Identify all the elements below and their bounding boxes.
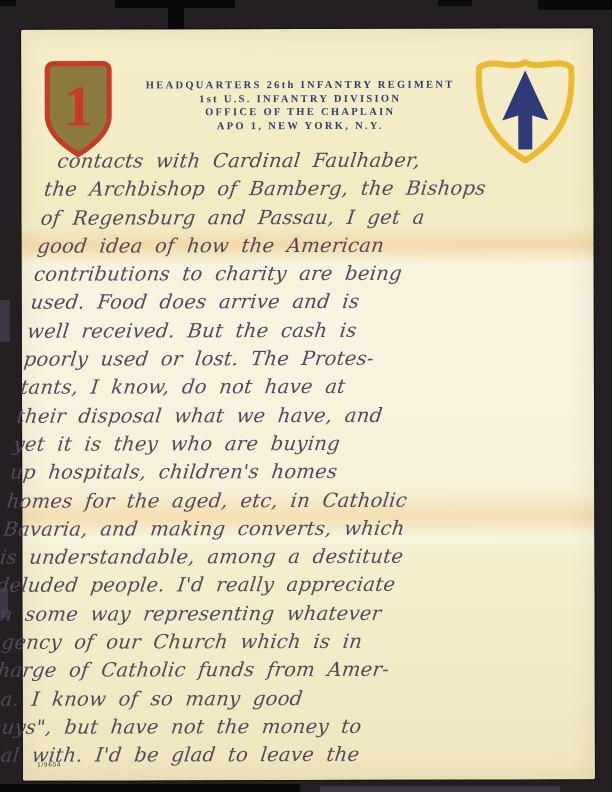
letter-line: deal with. I'd be glad to leave the: [0, 741, 512, 771]
letter-line: tants, I know, do not have at: [19, 373, 556, 403]
scan-artifact: [438, 0, 472, 6]
letter-line: Bavaria, and making converts, which: [2, 514, 539, 544]
letterhead-line-2: 1st U.S. INFANTRY DIVISION: [21, 92, 579, 107]
letter-line: contacts with Cardinal Faulhaber,: [56, 146, 583, 176]
letter-line: "buys", but have not the money to: [0, 712, 515, 742]
letter-line: deluded people. I'd really appreciate: [0, 571, 532, 601]
scan-artifact: [0, 0, 16, 6]
letter-line: poorly used or lost. The Protes-: [22, 344, 559, 374]
scan-artifact: [538, 0, 612, 10]
letterhead-line-3: OFFICE OF THE CHAPLAIN: [21, 105, 579, 120]
letter-line: well received. But the cash is: [26, 316, 563, 346]
handwritten-body: contacts with Cardinal Faulhaber, the Ar…: [0, 146, 583, 770]
letter-line: ica. I know of so many good: [0, 684, 519, 714]
letter-line: of Regensburg and Passau, I get a: [39, 203, 576, 233]
letter-line: contributions to charity are being: [32, 260, 569, 290]
letter-line: up hospitals, children's homes: [9, 458, 546, 488]
letter-line: agency of our Church which is in: [0, 627, 526, 657]
letter-line: is understandable, among a destitute: [0, 543, 536, 573]
letter-line: charge of Catholic funds from Amer-: [0, 656, 522, 686]
letter-page: 1 HEADQUARTERS 26th INFANTRY REGIMENT 1s…: [21, 28, 595, 780]
letter-line: the Archbishop of Bamberg, the Bishops: [43, 175, 580, 205]
letterhead-line-4: APO 1, NEW YORK, N.Y.: [21, 119, 579, 134]
letter-line: in some way representing whatever: [0, 599, 529, 629]
letter-line: their disposal what we have, and: [15, 401, 552, 431]
letter-line: used. Food does arrive and is: [29, 288, 566, 318]
letterhead: HEADQUARTERS 26th INFANTRY REGIMENT 1st …: [21, 78, 579, 133]
letter-line: good idea of how the American: [36, 231, 573, 261]
letter-line: homes for the aged, etc, in Catholic: [5, 486, 542, 516]
scan-artifact: [0, 300, 10, 342]
letter-line: yet it is they who are buying: [12, 429, 549, 459]
scan-artifact: [0, 784, 300, 792]
letterhead-line-1: HEADQUARTERS 26th INFANTRY REGIMENT: [21, 78, 579, 93]
scan-artifact: [320, 786, 560, 792]
print-code: 1/9604: [37, 762, 61, 769]
